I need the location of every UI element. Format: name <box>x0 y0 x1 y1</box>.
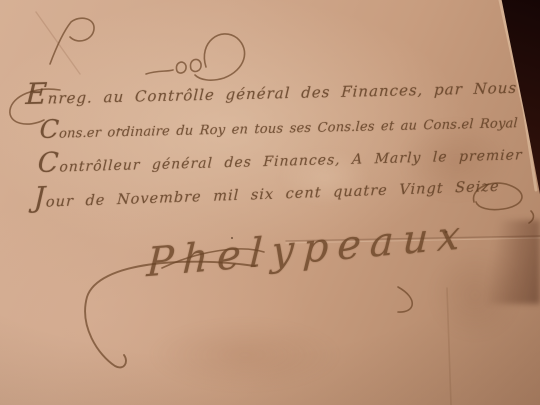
manuscript-photo: Enreg. au Contrôlle général des Finances… <box>0 0 540 405</box>
photo-vignette <box>0 0 540 405</box>
